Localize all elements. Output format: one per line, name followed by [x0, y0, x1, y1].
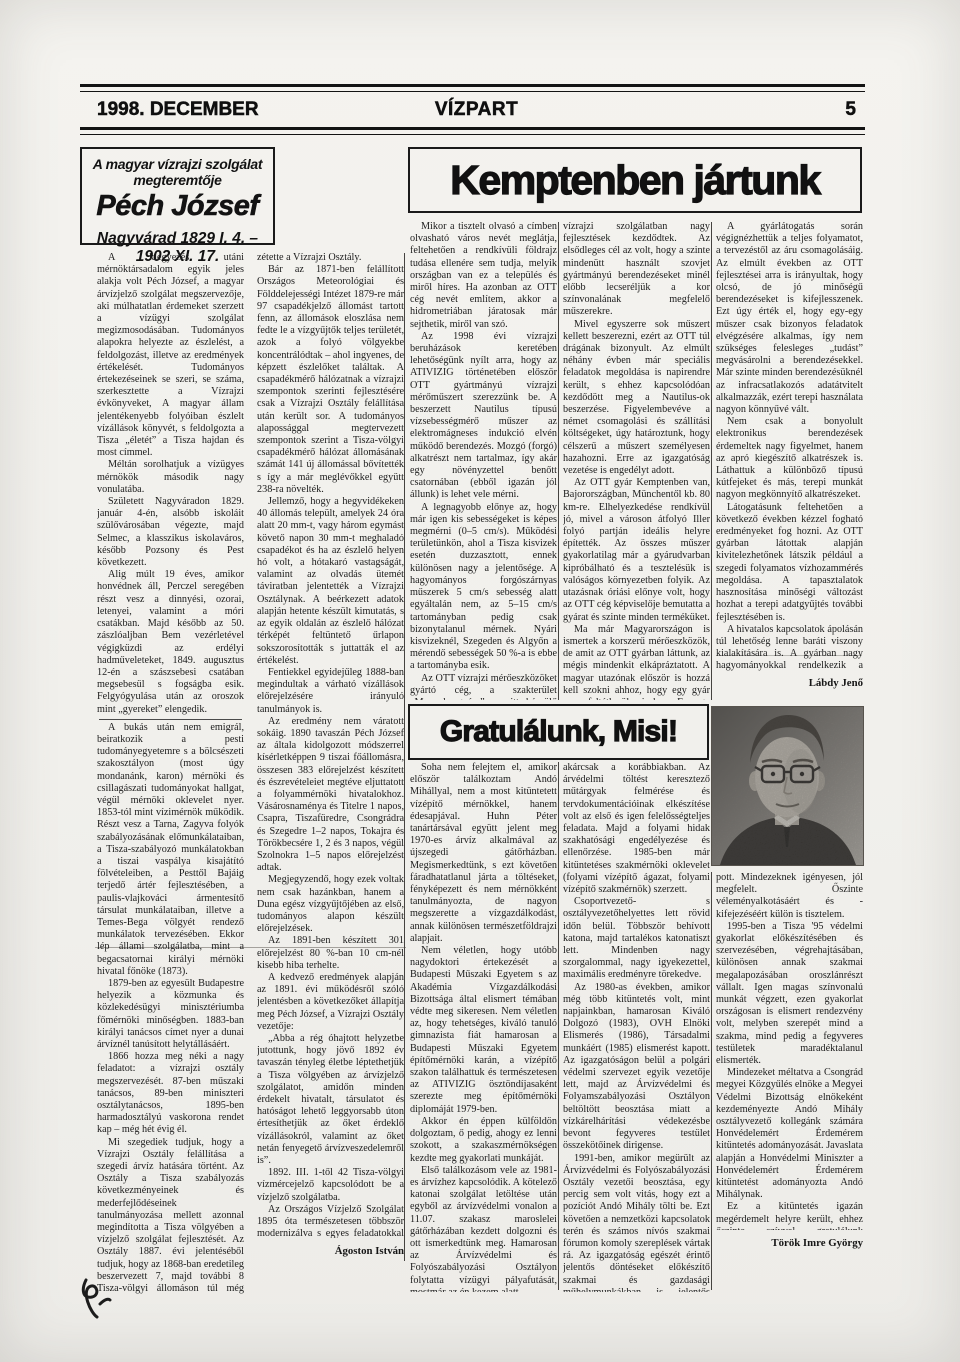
- section-divider: [99, 719, 242, 720]
- article-paragraph: akárcsak a korábbiakban. Az árvédelmi tö…: [563, 762, 710, 896]
- article-paragraph: Ez a kitüntetés igazán megérdemelt helyr…: [716, 1201, 863, 1230]
- article-paragraph: Csoportvezető- s osztályvezetőhelyettes …: [563, 896, 710, 981]
- article-paragraph: A gyárlátogatás során végignézhettük a t…: [716, 221, 863, 416]
- article-paragraph: Mikor a tisztelt olvasó a címben olvasha…: [410, 221, 557, 331]
- article-title-pech: Péch József: [82, 190, 273, 223]
- header-rule-bottom: [80, 127, 865, 135]
- article-paragraph: Született Nagyváradon 1829. január 4-én,…: [97, 496, 244, 569]
- article-paragraph: Akkor én éppen külföldön dolgoztam, ő pe…: [410, 1116, 557, 1165]
- article-paragraph: A kiegyezés utáni mérnöktársadalom egyik…: [97, 252, 244, 459]
- kempten-column-2: vízrajzi szolgálatban nagy fejlesztések …: [563, 221, 710, 700]
- article-paragraph: Soha nem felejtem el, amikor először tal…: [410, 762, 557, 945]
- article-paragraph: Megjegyzendő, hogy ezek voltak nem csak …: [257, 874, 404, 935]
- article-kicker: A magyar vízrajzi szolgálat megteremtője: [82, 156, 273, 188]
- byline-torok: Török Imre György: [716, 1237, 863, 1249]
- article-paragraph: Az eredmény nem váratott sokáig. 1890 ta…: [257, 716, 404, 875]
- byline-agoston: Ágoston István: [257, 1245, 404, 1257]
- article-paragraph: Első találkozásom vele az 1981-es árvízh…: [410, 1165, 557, 1292]
- issue-date: 1998. DECEMBER: [97, 99, 350, 121]
- article-paragraph: Az OTT vízrajzi mérőeszközöket gyártó cé…: [410, 673, 557, 700]
- gratulalunk-column-2: akárcsak a korábbiakban. Az árvédelmi tö…: [563, 762, 710, 1292]
- article-paragraph: Alig múlt 19 éves, amikor honvédnek áll,…: [97, 569, 244, 715]
- article-paragraph: Az Országos Vízjelző Szolgálat 1895 óta …: [257, 1204, 404, 1238]
- header-rule-top: [80, 84, 865, 92]
- kempten-column-1: Mikor a tisztelt olvasó a címben olvasha…: [410, 221, 557, 700]
- article-paragraph: 1879-ben az egyesült Budapestre helyezik…: [97, 978, 244, 1051]
- article-paragraph: Jellemző, hogy a hegyvidékeken 40 állomá…: [257, 496, 404, 667]
- article-paragraph: 1866 hozza meg néki a nagy feladatot: a …: [97, 1051, 244, 1136]
- page-header: 1998. DECEMBER VÍZPART 5: [97, 99, 856, 121]
- article-paragraph: A hivatalos kapcsolatok ápolásán túl leh…: [716, 624, 863, 671]
- article-paragraph: Méltán sorolhatjuk a vízügyes mérnökök m…: [97, 459, 244, 496]
- article-paragraph: Mivel egyszerre sok műszert kellett besz…: [563, 319, 710, 478]
- article-paragraph: A legnagyobb előnye az, hogy már igen ki…: [410, 502, 557, 673]
- column-rule: [558, 222, 559, 700]
- article-paragraph: Nem csak a bonyolult elektronikus berend…: [716, 416, 863, 501]
- column-rule: [711, 222, 712, 700]
- gratulalunk-column-3: pott. Mindezeknek igényesen, jól megfele…: [716, 872, 863, 1230]
- handwritten-mark: [78, 1276, 112, 1320]
- article-paragraph: Az 1998 évi vízrajzi beruházások keretéb…: [410, 331, 557, 502]
- kempten-column-3: A gyárlátogatás során végignézhettük a t…: [716, 221, 863, 671]
- column-rule: [404, 253, 405, 1261]
- column-rule: [558, 762, 559, 1290]
- article-title-gratulalunk: Gratulálunk, Misi!: [440, 715, 677, 749]
- article-paragraph: Bár az 1871-ben felállított Országos Met…: [257, 264, 404, 496]
- article-paragraph: Mi szegediek tudjuk, hogy a Vízrajzi Osz…: [97, 1137, 244, 1294]
- article-paragraph: 1995-ben a Tisza '95 védelmi gyakorlat e…: [716, 921, 863, 1067]
- article-paragraph: Látogatásunk feltehetően a következő éve…: [716, 502, 863, 624]
- article-paragraph: Nem véletlen, hogy utóbb nagydoktori ért…: [410, 945, 557, 1116]
- pech-column-1: A kiegyezés utáni mérnöktársadalom egyik…: [97, 252, 244, 1294]
- article-paragraph: Az 1891-ben készített 301 előrejelzést 8…: [257, 935, 404, 972]
- article-paragraph: Az OTT gyár Kemptenben van, Bajorországb…: [563, 477, 710, 623]
- article-title-kempten: Kemptenben jártunk: [450, 157, 819, 204]
- portrait-photo-image: [712, 707, 863, 865]
- article-paragraph: 1991-ben, amikor megürült az Árvízvédelm…: [563, 1153, 710, 1293]
- article-paragraph: 1892. III. 1-től 42 Tisza-völgyi vízmérc…: [257, 1167, 404, 1204]
- article-paragraph: „Abba a rég óhajtott helyzetbe jutottunk…: [257, 1033, 404, 1167]
- gratulalunk-column-1: Soha nem felejtem el, amikor először tal…: [410, 762, 557, 1292]
- pech-article-header-box: A magyar vízrajzi szolgálat megteremtője…: [80, 147, 275, 245]
- masthead: VÍZPART: [350, 99, 603, 121]
- article-paragraph: vízrajzi szolgálatban nagy fejlesztések …: [563, 221, 710, 319]
- article-paragraph: Fentiekkel egyidejűleg 1888-ban megindul…: [257, 667, 404, 716]
- article-paragraph: zétette a Vízrajzi Osztály.: [257, 252, 404, 264]
- article-paragraph: Mindezeket méltatva a Csongrád megyei Kö…: [716, 1067, 863, 1201]
- article-paragraph: Ma már Magyarországon is ismertek a kors…: [563, 624, 710, 700]
- article-paragraph: pott. Mindezeknek igényesen, jól megfele…: [716, 872, 863, 921]
- article-paragraph: A bukás után nem emigrál, beiratkozik a …: [97, 722, 244, 978]
- article-paragraph: A kedvező eredmények alapján az 1891. év…: [257, 972, 404, 1033]
- article-paragraph: Az 1980-as években, amikor még több kitü…: [563, 982, 710, 1153]
- gratulalunk-headline-box: Gratulálunk, Misi!: [408, 704, 709, 760]
- kempten-headline-box: Kemptenben jártunk: [408, 147, 862, 213]
- byline-labdy: Lábdy Jenő: [716, 677, 863, 689]
- page-number: 5: [603, 99, 856, 121]
- pech-column-2: zétette a Vízrajzi Osztály. Bár az 1871-…: [257, 252, 404, 1238]
- column-rule: [711, 872, 712, 1290]
- newspaper-page: 1998. DECEMBER VÍZPART 5 A magyar vízraj…: [0, 0, 960, 1362]
- portrait-photo: [712, 707, 863, 865]
